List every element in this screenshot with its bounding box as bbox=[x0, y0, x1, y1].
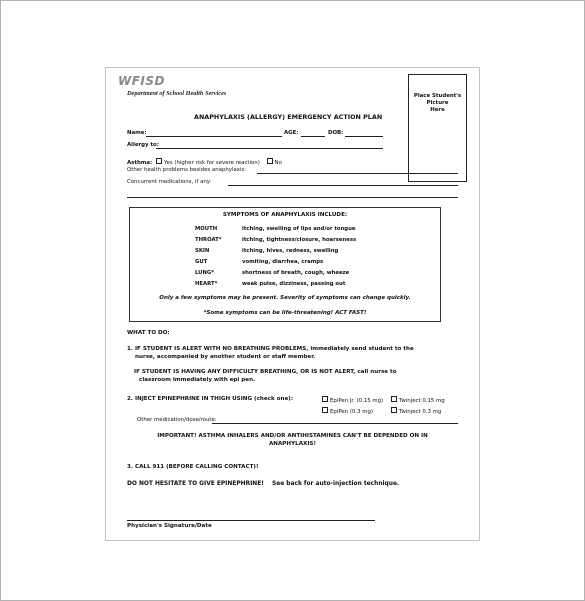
epipen-jr-checkbox[interactable] bbox=[322, 396, 328, 402]
important-note-line2: ANAPHYLAXIS! bbox=[106, 441, 479, 447]
age-field[interactable] bbox=[301, 136, 325, 137]
symptom-desc: shortness of breath, cough, wheeze bbox=[242, 270, 349, 276]
step-1b-rest: call nurse to bbox=[355, 369, 396, 375]
signature-field[interactable] bbox=[127, 520, 375, 521]
epipen-jr-label: EpiPen Jr. (0.15 mg) bbox=[330, 398, 383, 404]
medications-label: Concurrent medications, if any: bbox=[127, 179, 211, 185]
do-not-hesitate: DO NOT HESITATE TO GIVE EPINEPHRINE! bbox=[127, 481, 264, 487]
allergy-label: Allergy to: bbox=[127, 142, 159, 148]
other-health-label: Other health problems besides anaphylaxi… bbox=[127, 167, 246, 173]
step-1: 1. IF STUDENT IS ALERT WITH NO BREATHING… bbox=[127, 346, 414, 352]
epipen-label: EpiPen (0.3 mg) bbox=[330, 409, 373, 415]
twinject-03-label: Twinject 0.3 mg bbox=[399, 409, 441, 415]
name-label: Name: bbox=[127, 130, 147, 136]
symptom-desc: weak pulse, dizziness, passing out bbox=[242, 281, 345, 287]
asthma-yes-label: Yes (higher risk for severe reaction) bbox=[164, 160, 260, 166]
symptoms-warning: *Some symptoms can be life-threatening! … bbox=[130, 310, 440, 316]
step-1b: IF STUDENT IS HAVING ANY DIFFICULTY BREA… bbox=[134, 369, 397, 375]
document-page: WFISD Department of School Health Servic… bbox=[105, 67, 480, 541]
medications-field[interactable] bbox=[228, 185, 458, 186]
important-note-line1: IMPORTANT! ASTHMA INHALERS AND/OR ANTIHI… bbox=[106, 433, 479, 439]
what-to-do-heading: WHAT TO DO: bbox=[127, 330, 170, 336]
epipen-checkbox[interactable] bbox=[322, 407, 328, 413]
symptom-desc: itching, hives, redness, swelling bbox=[242, 248, 338, 254]
symptom-area: LUNG* bbox=[195, 270, 214, 276]
age-label: AGE: bbox=[284, 130, 298, 136]
symptoms-note: Only a few symptoms may be present. Seve… bbox=[130, 295, 440, 301]
symptom-area: SKIN bbox=[195, 248, 209, 254]
twinject-03-checkbox[interactable] bbox=[391, 407, 397, 413]
step-2-caps: 2. INJECT EPINEPHRINE IN THIGH USING bbox=[127, 396, 252, 402]
photo-placeholder-text: Place Student's Picture Here bbox=[409, 93, 466, 114]
symptoms-title: SYMPTOMS OF ANAPHYLAXIS INCLUDE: bbox=[130, 212, 440, 218]
step-1-rest: immediately send student to the bbox=[308, 346, 413, 352]
step-1-line2: nurse, accompanied by another student or… bbox=[135, 354, 315, 360]
step-3: 3. CALL 911 (BEFORE CALLING CONTACT)! bbox=[127, 464, 259, 470]
symptom-desc: vomiting, diarrhea, cramps bbox=[242, 259, 323, 265]
asthma-label: Asthma: bbox=[127, 160, 152, 166]
medications-field-2[interactable] bbox=[127, 197, 458, 198]
district-logo: WFISD bbox=[118, 74, 165, 88]
symptoms-box: SYMPTOMS OF ANAPHYLAXIS INCLUDE: MOUTH i… bbox=[129, 207, 441, 322]
asthma-no-checkbox[interactable] bbox=[267, 158, 273, 164]
step-1b-caps: IF STUDENT IS HAVING ANY DIFFICULTY BREA… bbox=[134, 369, 355, 375]
signature-label: Physician's Signature/Date bbox=[127, 523, 212, 529]
symptom-desc: itching, tightness/closure, hoarseness bbox=[242, 237, 356, 243]
dob-field[interactable] bbox=[345, 136, 383, 137]
twinject-015-label: Twinject 0.15 mg bbox=[399, 398, 445, 404]
other-medication-label: Other medication/dose/route: bbox=[137, 417, 217, 423]
dob-label: DOB: bbox=[328, 130, 343, 136]
asthma-no-label: No bbox=[275, 160, 282, 166]
step-1b-line2: classroom immediately with epi pen. bbox=[139, 377, 255, 383]
other-medication-field[interactable] bbox=[212, 423, 458, 424]
symptom-area: THROAT* bbox=[195, 237, 222, 243]
other-health-field[interactable] bbox=[257, 173, 458, 174]
name-field[interactable] bbox=[146, 136, 282, 137]
asthma-yes-checkbox[interactable] bbox=[156, 158, 162, 164]
student-photo-box: Place Student's Picture Here bbox=[408, 74, 467, 182]
department-name: Department of School Health Services bbox=[127, 90, 226, 97]
twinject-015-checkbox[interactable] bbox=[391, 396, 397, 402]
form-title: ANAPHYLAXIS (ALLERGY) EMERGENCY ACTION P… bbox=[194, 113, 382, 121]
symptom-area: MOUTH bbox=[195, 226, 217, 232]
symptom-area: GUT bbox=[195, 259, 207, 265]
allergy-field[interactable] bbox=[156, 148, 383, 149]
symptom-area: HEART* bbox=[195, 281, 217, 287]
step-1-caps: 1. IF STUDENT IS ALERT WITH NO BREATHING… bbox=[127, 346, 308, 352]
step-2-rest: (check one): bbox=[252, 396, 293, 402]
see-back-note: See back for auto-injection technique. bbox=[272, 481, 399, 487]
symptom-desc: itching, swelling of lips and/or tongue bbox=[242, 226, 355, 232]
